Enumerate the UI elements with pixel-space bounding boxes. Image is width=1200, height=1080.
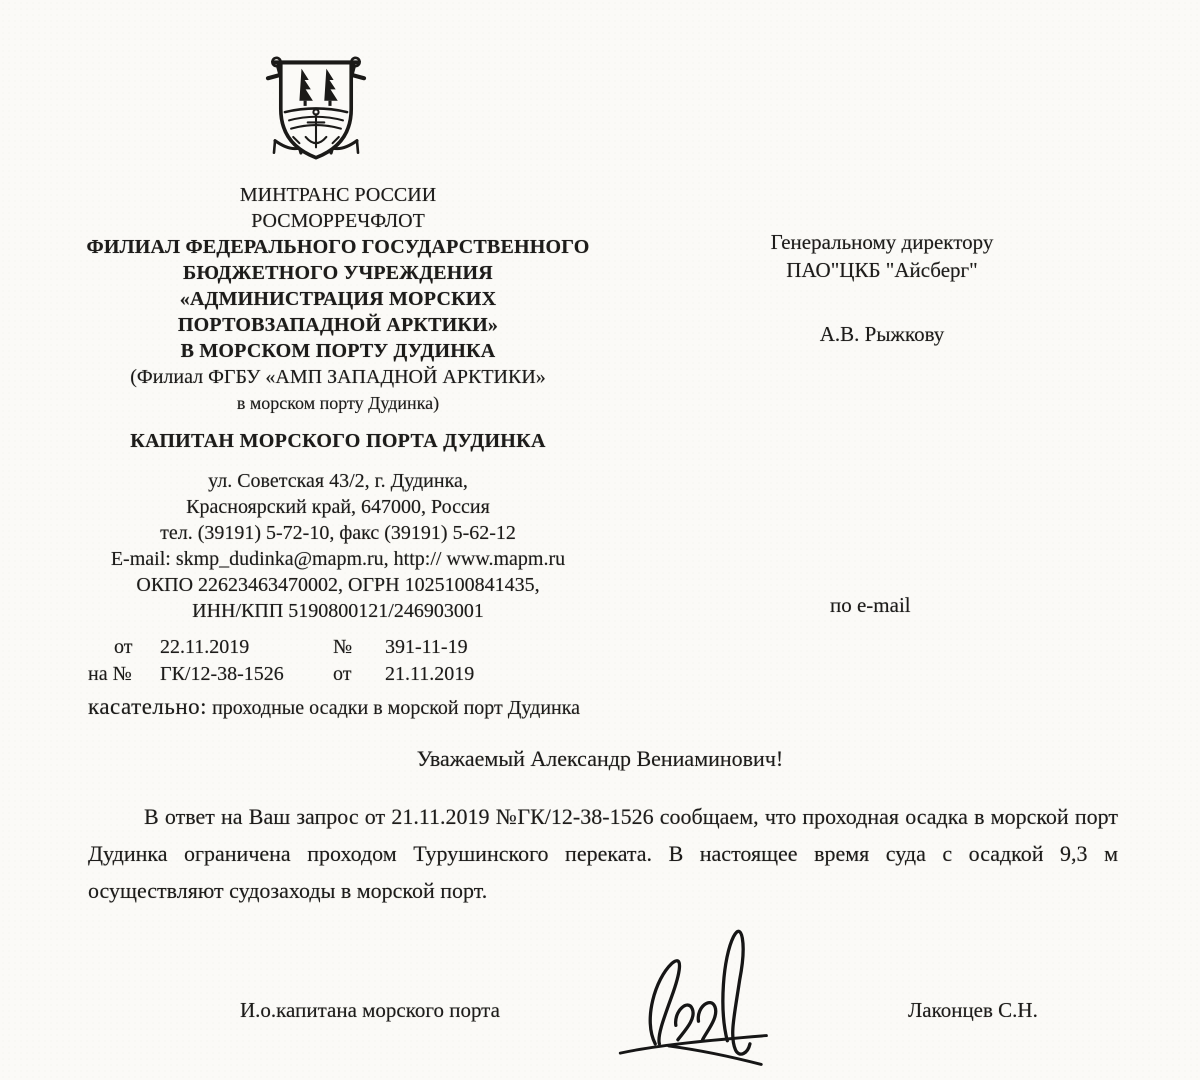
in-number-label: на № bbox=[88, 661, 160, 688]
org-name-line: ПОРТОВЗАПАДНОЙ АРКТИКИ» bbox=[48, 312, 628, 338]
captain-title: КАПИТАН МОРСКОГО ПОРТА ДУДИНКА bbox=[48, 428, 628, 454]
subject-label: касательно: bbox=[88, 694, 207, 719]
out-number: 391-11-19 bbox=[385, 634, 648, 661]
delivery-method: по e-mail bbox=[830, 593, 911, 618]
reference-block: от 22.11.2019 № 391-11-19 на № ГК/12-38-… bbox=[88, 634, 648, 723]
inn-kpp-line: ИНН/КПП 5190800121/246903001 bbox=[48, 598, 628, 624]
signer-name: Лаконцев С.Н. bbox=[908, 998, 1038, 1023]
outgoing-reference-row: от 22.11.2019 № 391-11-19 bbox=[88, 634, 648, 661]
incoming-reference-row: на № ГК/12-38-1526 от 21.11.2019 bbox=[88, 661, 648, 688]
subject-row: касательно: проходные осадки в морской п… bbox=[88, 692, 648, 723]
in-date: 21.11.2019 bbox=[385, 661, 648, 688]
in-number: ГК/12-38-1526 bbox=[160, 661, 333, 688]
in-date-label: от bbox=[333, 661, 385, 688]
out-date: 22.11.2019 bbox=[160, 634, 333, 661]
org-name-line: БЮДЖЕТНОГО УЧРЕЖДЕНИЯ bbox=[48, 260, 628, 286]
address-line: ул. Советская 43/2, г. Дудинка, bbox=[48, 468, 628, 494]
org-name-line: «АДМИНИСТРАЦИЯ МОРСКИХ bbox=[48, 286, 628, 312]
body-paragraph: В ответ на Ваш запрос от 21.11.2019 №ГК/… bbox=[88, 798, 1118, 909]
subject-text: проходные осадки в морской порт Дудинка bbox=[212, 697, 580, 719]
ministry-line: МИНТРАНС РОССИИ bbox=[48, 182, 628, 208]
org-name-line: ФИЛИАЛ ФЕДЕРАЛЬНОГО ГОСУДАРСТВЕННОГО bbox=[48, 234, 628, 260]
branch-line: в морском порту Дудинка) bbox=[48, 390, 628, 416]
email-website-line: E-mail: skmp_dudinka@mapm.ru, http:// ww… bbox=[48, 546, 628, 572]
addressee-name: А.В. Рыжкову bbox=[732, 320, 1032, 348]
branch-line: (Филиал ФГБУ «АМП ЗАПАДНОЙ АРКТИКИ» bbox=[48, 364, 628, 390]
addressee-company: ПАО"ЦКБ "Айсберг" bbox=[732, 256, 1032, 284]
salutation: Уважаемый Александр Вениаминович! bbox=[0, 746, 1200, 772]
scanned-letter-page: МИНТРАНС РОССИИ РОСМОРРЕЧФЛОТ ФИЛИАЛ ФЕД… bbox=[0, 0, 1200, 1080]
out-number-label: № bbox=[333, 634, 385, 661]
agency-line: РОСМОРРЕЧФЛОТ bbox=[48, 208, 628, 234]
addressee-title: Генеральному директору bbox=[732, 228, 1032, 256]
signer-position: И.о.капитана морского порта bbox=[240, 998, 500, 1023]
org-name-line: В МОРСКОМ ПОРТУ ДУДИНКА bbox=[48, 338, 628, 364]
addressee-block: Генеральному директору ПАО"ЦКБ "Айсберг"… bbox=[732, 228, 1032, 348]
phone-fax-line: тел. (39191) 5-72-10, факс (39191) 5-62-… bbox=[48, 520, 628, 546]
address-line: Красноярский край, 647000, Россия bbox=[48, 494, 628, 520]
crossed-anchors-shield-emblem-icon bbox=[258, 46, 374, 172]
okpo-ogrn-line: ОКПО 22623463470002, ОГРН 1025100841435, bbox=[48, 572, 628, 598]
letterhead: МИНТРАНС РОССИИ РОСМОРРЕЧФЛОТ ФИЛИАЛ ФЕД… bbox=[48, 182, 628, 624]
handwritten-signature-icon bbox=[612, 922, 787, 1072]
out-date-label: от bbox=[88, 634, 160, 661]
